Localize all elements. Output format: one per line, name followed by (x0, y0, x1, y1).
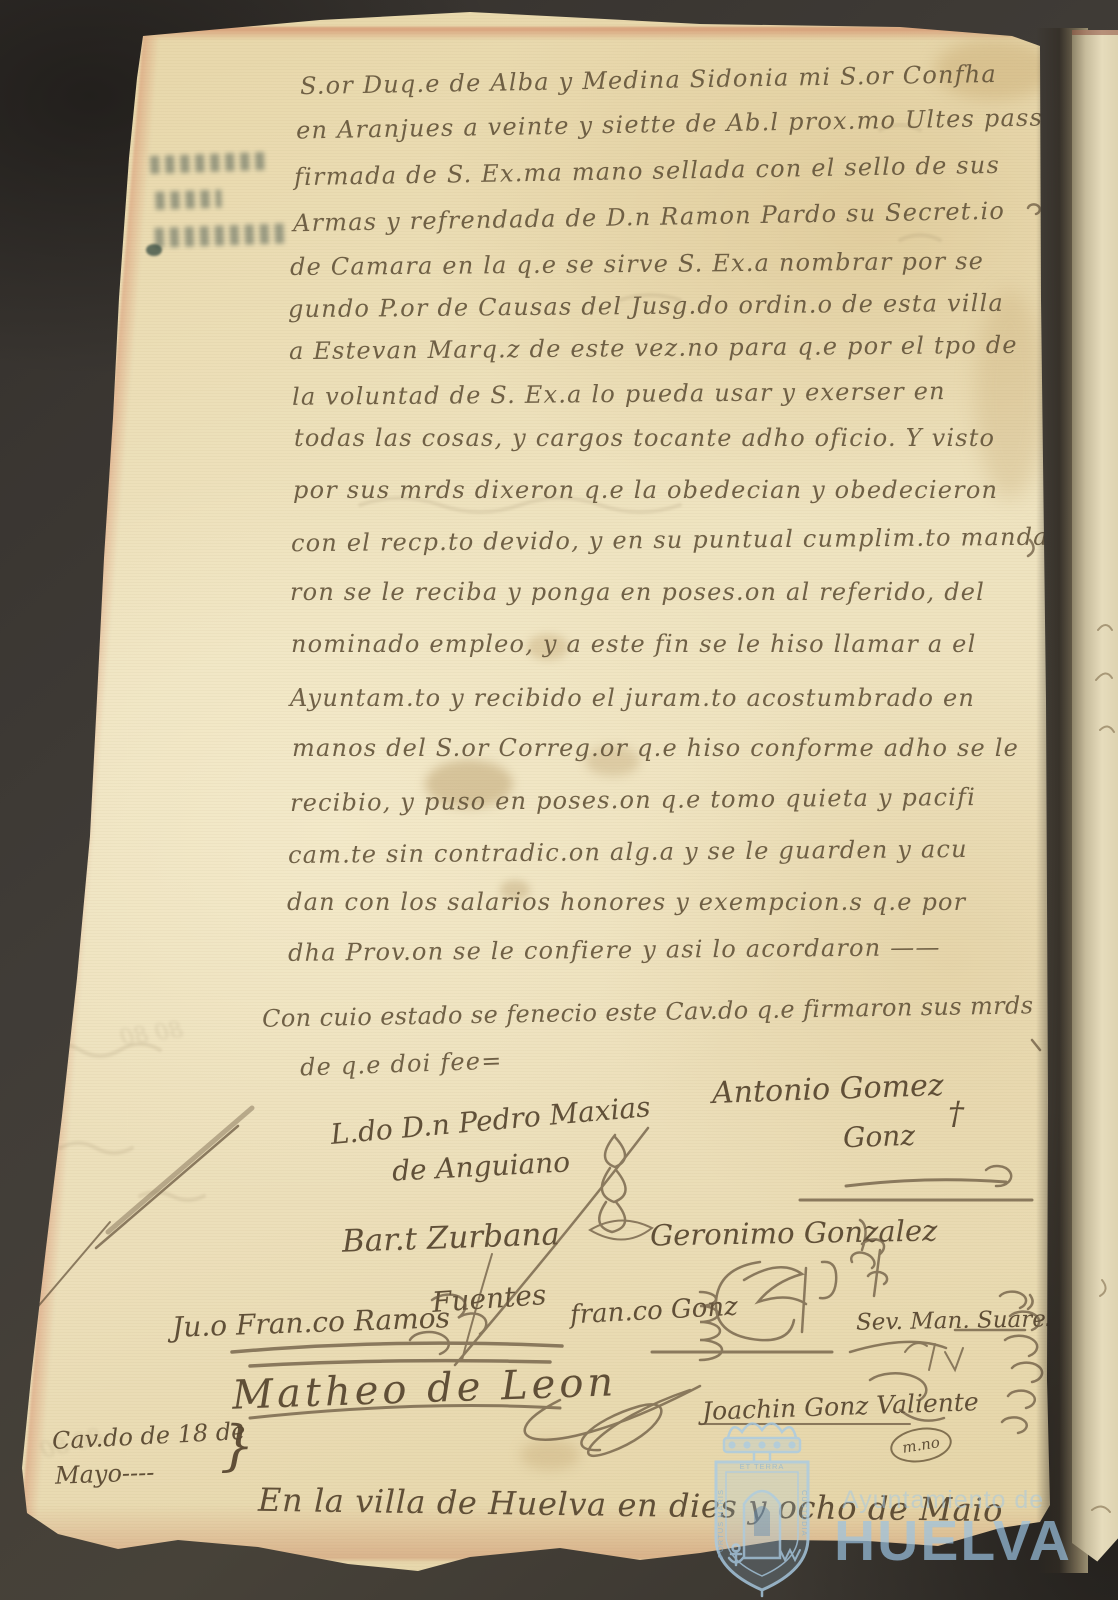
rubric-flourishes (0, 0, 1118, 1600)
ink-dot (40, 260, 49, 267)
manuscript-page: 80 80 80 80 S.or Duq.e de Alba y Medina … (0, 0, 1118, 1600)
facing-page-ink-fragments (1072, 30, 1118, 1572)
ink-blot-stain (48, 276, 96, 334)
scanned-document: 80 80 80 80 S.or Duq.e de Alba y Medina … (0, 0, 1118, 1600)
